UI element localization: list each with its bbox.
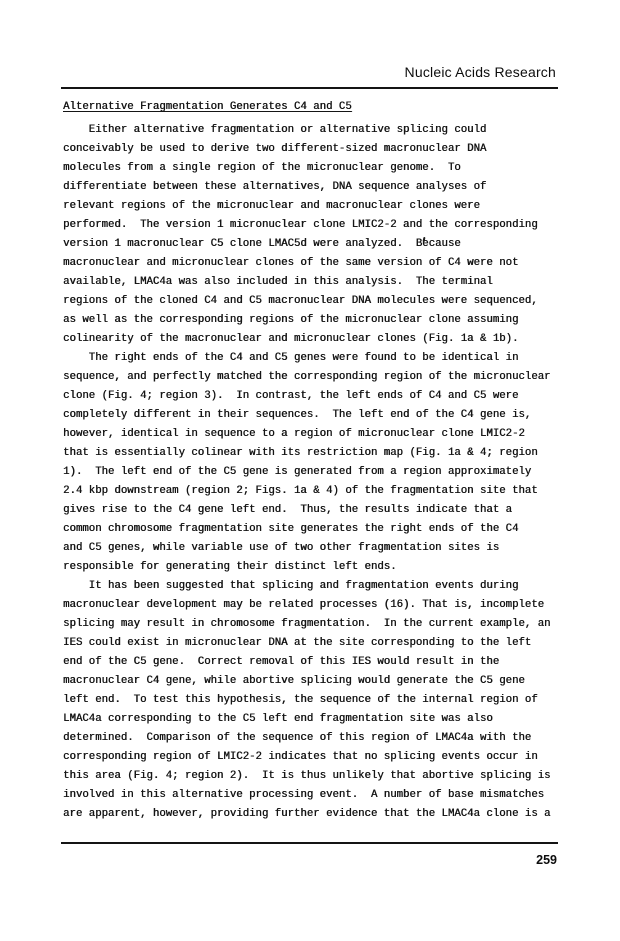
text-line: macronuclear C4 gene, while abortive spl… [63,672,550,691]
text-line: IES could exist in micronuclear DNA at t… [63,634,550,653]
text-line: as well as the corresponding regions of … [63,311,550,330]
text-line: are apparent, however, providing further… [63,805,550,824]
text-line: macronuclear development may be related … [63,596,550,615]
footer-divider-rule [61,842,558,844]
text-line: differentiate between these alternatives… [63,178,550,197]
paragraph: Either alternative fragmentation or alte… [63,121,550,349]
text-line: It has been suggested that splicing and … [63,577,550,596]
text-line: colinearity of the macronuclear and micr… [63,330,550,349]
text-line: corresponding region of LMIC2-2 indicate… [63,748,550,767]
scanned-journal-page: Nucleic Acids Research Alternative Fragm… [0,0,620,941]
text-line: 2.4 kbp downstream (region 2; Figs. 1a &… [63,482,550,501]
text-line: that is essentially colinear with its re… [63,444,550,463]
text-line: molecules from a single region of the mi… [63,159,550,178]
text-line: Either alternative fragmentation or alte… [63,121,550,140]
text-line: version 1 macronuclear C5 clone LMAC5d w… [63,235,550,254]
text-line: regions of the cloned C4 and C5 macronuc… [63,292,550,311]
page-number: 259 [536,853,557,867]
section-heading: Alternative Fragmentation Generates C4 a… [63,98,352,117]
paragraph: The right ends of the C4 and C5 genes we… [63,349,550,577]
text-line: involved in this alternative processing … [63,786,550,805]
text-line: performed. The version 1 micronuclear cl… [63,216,550,235]
text-line: relevant regions of the micronuclear and… [63,197,550,216]
text-line: and C5 genes, while variable use of two … [63,539,550,558]
text-line: determined. Comparison of the sequence o… [63,729,550,748]
text-line: left end. To test this hypothesis, the s… [63,691,550,710]
text-line: LMAC4a corresponding to the C5 left end … [63,710,550,729]
article-body: Either alternative fragmentation or alte… [63,121,550,824]
text-line: splicing may result in chromosome fragme… [63,615,550,634]
text-line: completely different in their sequences.… [63,406,550,425]
text-line: however, identical in sequence to a regi… [63,425,550,444]
text-line: end of the C5 gene. Correct removal of t… [63,653,550,672]
text-line: conceivably be used to derive two differ… [63,140,550,159]
text-line: macronuclear and micronuclear clones of … [63,254,550,273]
text-line: this area (Fig. 4; region 2). It is thus… [63,767,550,786]
text-line: The right ends of the C4 and C5 genes we… [63,349,550,368]
text-line: gives rise to the C4 gene left end. Thus… [63,501,550,520]
text-line: available, LMAC4a was also included in t… [63,273,550,292]
text-line: clone (Fig. 4; region 3). In contrast, t… [63,387,550,406]
paragraph: It has been suggested that splicing and … [63,577,550,824]
journal-title: Nucleic Acids Research [405,64,556,80]
text-line: responsible for generating their distinc… [63,558,550,577]
text-line: sequence, and perfectly matched the corr… [63,368,550,387]
text-line: common chromosome fragmentation site gen… [63,520,550,539]
header-divider-rule [61,87,558,89]
text-line: 1). The left end of the C5 gene is gener… [63,463,550,482]
